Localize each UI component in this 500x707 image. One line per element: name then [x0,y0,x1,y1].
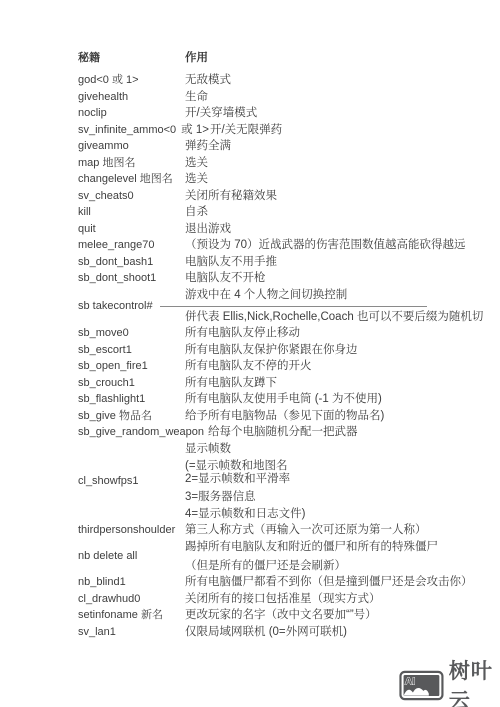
table-row-showfps: cl_showfps1 显示帧数 (=显示帧数和地图名 2=显示帧数和平滑率 3… [78,443,478,521]
cheat-table: 秘籍 作用 god<0 或 1> 无敌模式 givehealth 生命 nocl… [78,52,478,642]
table-row: sb_dont_shoot1 电脑队友不开枪 [78,272,478,285]
effect-text: 所有电脑队友停止移动 [185,327,478,340]
table-row: sv_cheats0 关闭所有秘籍效果 [78,190,478,203]
cheat-command: sv_lan1 [78,626,185,639]
effect-text: 併代表 Ellis,Nick,Rochelle,Coach 也可以不要后缀为随机… [185,311,483,324]
effect-text: 生命 [185,91,478,104]
ai-image-logo-icon: AI [399,666,444,705]
effect-text: 退出游戏 [185,223,478,236]
effect-text: 无敌模式 [185,74,478,87]
effect-text: 更改玩家的名字（改中文名要加“”号） [185,609,478,622]
table-row: thirdpersonshoulder 第三人称方式（再输入一次可还原为第一人称… [78,524,478,537]
table-row: kill 自杀 [78,206,478,219]
table-row: sb_flashlight1 所有电脑队友使用手电筒 (-1 为不使用) [78,393,478,406]
table-row: sb_dont_bash1 电脑队友不用手推 [78,256,478,269]
effect-text: 开/关无限弹药 [210,124,282,137]
effect-text: 关闭所有秘籍效果 [185,190,478,203]
effect-text: 给予所有电脑物品（参见下面的物品名) [185,410,478,423]
effect-text: 第三人称方式（再输入一次可还原为第一人称） [185,524,478,537]
table-row: sb_open_fire1 所有电脑队友不停的开火 [78,360,478,373]
cheat-command: melee_range70 [78,239,185,252]
header-effect: 作用 [185,52,478,65]
cheat-command: sb_open_fire1 [78,360,185,373]
table-row: map 地图名 选关 [78,157,478,170]
cheat-command: sb_give 物品名 [78,410,185,423]
cheat-command: god<0 或 1> [78,74,185,87]
effect-text: （但是所有的僵尸还是会刷新） [185,560,478,573]
effect-text: 踢掉所有电脑队友和附近的僵尸和所有的特殊僵尸 [185,541,478,554]
table-row-takecontrol: sb takecontrol# 游戏中在 4 个人物之间切换控制 併代表 Ell… [78,289,478,324]
table-row: sb_move0 所有电脑队友停止移动 [78,327,478,340]
effect-text: 所有电脑队友不停的开火 [185,360,478,373]
effect-text: 仅限局域网联机 (0=外网可联机) [185,626,478,639]
effect-text: 2=显示帧数和平滑率 [185,473,478,486]
table-row: noclip 开/关穿墙模式 [78,107,478,120]
logo-ai-text: AI [405,676,416,687]
cheat-command: kill [78,206,185,219]
effect-text: 所有电脑僵尸都看不到你（但是撞到僵尸还是会攻击你） [185,576,478,589]
effect-text: 关闭所有的接口包括准星（现实方式） [185,593,478,606]
table-row: setinfoname 新名 更改玩家的名字（改中文名要加“”号） [78,609,478,622]
cheat-command: sb_move0 [78,327,185,340]
effect-text: 自杀 [185,206,478,219]
effect-text: 电脑队友不开枪 [185,272,478,285]
cheat-command: quit [78,223,185,236]
table-row: melee_range70 （预设为 70）近战武器的伤害范围数值越高能砍得越远 [78,239,478,252]
table-row: giveammo 弹药全满 [78,140,478,153]
document-page: 秘籍 作用 god<0 或 1> 无敌模式 givehealth 生命 nocl… [0,0,500,707]
table-row-nb-delete: nb delete all 踢掉所有电脑队友和附近的僵尸和所有的特殊僵尸 （但是… [78,541,478,573]
cheat-command: sv_cheats0 [78,190,185,203]
table-row: god<0 或 1> 无敌模式 [78,74,478,87]
effect-text: 游戏中在 4 个人物之间切换控制 [185,289,483,302]
cheat-command: givehealth [78,91,185,104]
table-row: sb_give_random_weapon 给每个电脑随机分配一把武器 [78,426,478,439]
table-row: givehealth 生命 [78,91,478,104]
effect-text: 显示帧数 [185,443,478,456]
cheat-command: sb_dont_bash1 [78,256,185,269]
effect-text: 弹药全满 [185,140,478,153]
cheat-command: cl_showfps1 [78,475,185,488]
cheat-command: sb_flashlight1 [78,393,185,406]
effect-text: 选关 [185,173,478,186]
cheat-command: map 地图名 [78,157,185,170]
table-row: sb_give 物品名 给予所有电脑物品（参见下面的物品名) [78,410,478,423]
cheat-command: sb_dont_shoot1 [78,272,185,285]
cheat-command: sb_crouch1 [78,377,185,390]
effect-text: 所有电脑队友蹲下 [185,377,478,390]
cheat-command: sb_escort1 [78,344,185,357]
cheat-command: setinfoname 新名 [78,609,185,622]
effect-text: 所有电脑队友保护你紧跟在你身边 [185,344,478,357]
effect-text: (=显示帧数和地图名 [185,460,478,473]
table-row: sb_escort1 所有电脑队友保护你紧跟在你身边 [78,344,478,357]
cheat-command: sb_give_random_weapon [78,426,204,439]
effect-text: 选关 [185,157,478,170]
cheat-command: nb delete all [78,550,185,563]
table-row: cl_drawhud0 关闭所有的接口包括准星（现实方式） [78,593,478,606]
table-row: sv_lan1 仅限局域网联机 (0=外网可联机) [78,626,478,639]
effect-text-block: 踢掉所有电脑队友和附近的僵尸和所有的特殊僵尸 （但是所有的僵尸还是会刷新） [185,541,478,573]
cheat-command: nb_blind1 [78,576,185,589]
cheat-command: thirdpersonshoulder [78,524,185,537]
table-row: nb_blind1 所有电脑僵尸都看不到你（但是撞到僵尸还是会攻击你） [78,576,478,589]
brand-name: 树叶云 [449,655,500,707]
table-row: sb_crouch1 所有电脑队友蹲下 [78,377,478,390]
header-cheat: 秘籍 [78,52,185,65]
effect-text: 4=显示帧数和日志文件) [185,508,478,521]
effect-text: （预设为 70）近战武器的伤害范围数值越高能砍得越远 [185,239,478,252]
cheat-command: sv_infinite_ammo<0 [78,124,176,137]
effect-text: 电脑队友不用手推 [185,256,478,269]
effect-text: 所有电脑队友使用手电筒 (-1 为不使用) [185,393,478,406]
cheat-command: changelevel 地图名 [78,173,185,186]
table-header-row: 秘籍 作用 [78,52,478,65]
table-row: sv_infinite_ammo<0 或 1> 开/关无限弹药 [78,124,478,137]
cheat-command-suffix: 或 1> [181,124,209,137]
table-row: quit 退出游戏 [78,223,478,236]
divider-line [160,306,427,307]
effect-text: 给每个电脑随机分配一把武器 [208,426,358,439]
cheat-command: giveammo [78,140,185,153]
cheat-command: noclip [78,107,185,120]
effect-text: 3=服务器信息 [185,491,478,504]
cheat-command: cl_drawhud0 [78,593,185,606]
effect-text-block: 游戏中在 4 个人物之间切换控制 併代表 Ellis,Nick,Rochelle… [185,289,483,324]
watermark: AI 树叶云 [399,655,500,707]
effect-text: 开/关穿墙模式 [185,107,478,120]
table-row: changelevel 地图名 选关 [78,173,478,186]
effect-text-block: 显示帧数 (=显示帧数和地图名 2=显示帧数和平滑率 3=服务器信息 4=显示帧… [185,443,478,521]
